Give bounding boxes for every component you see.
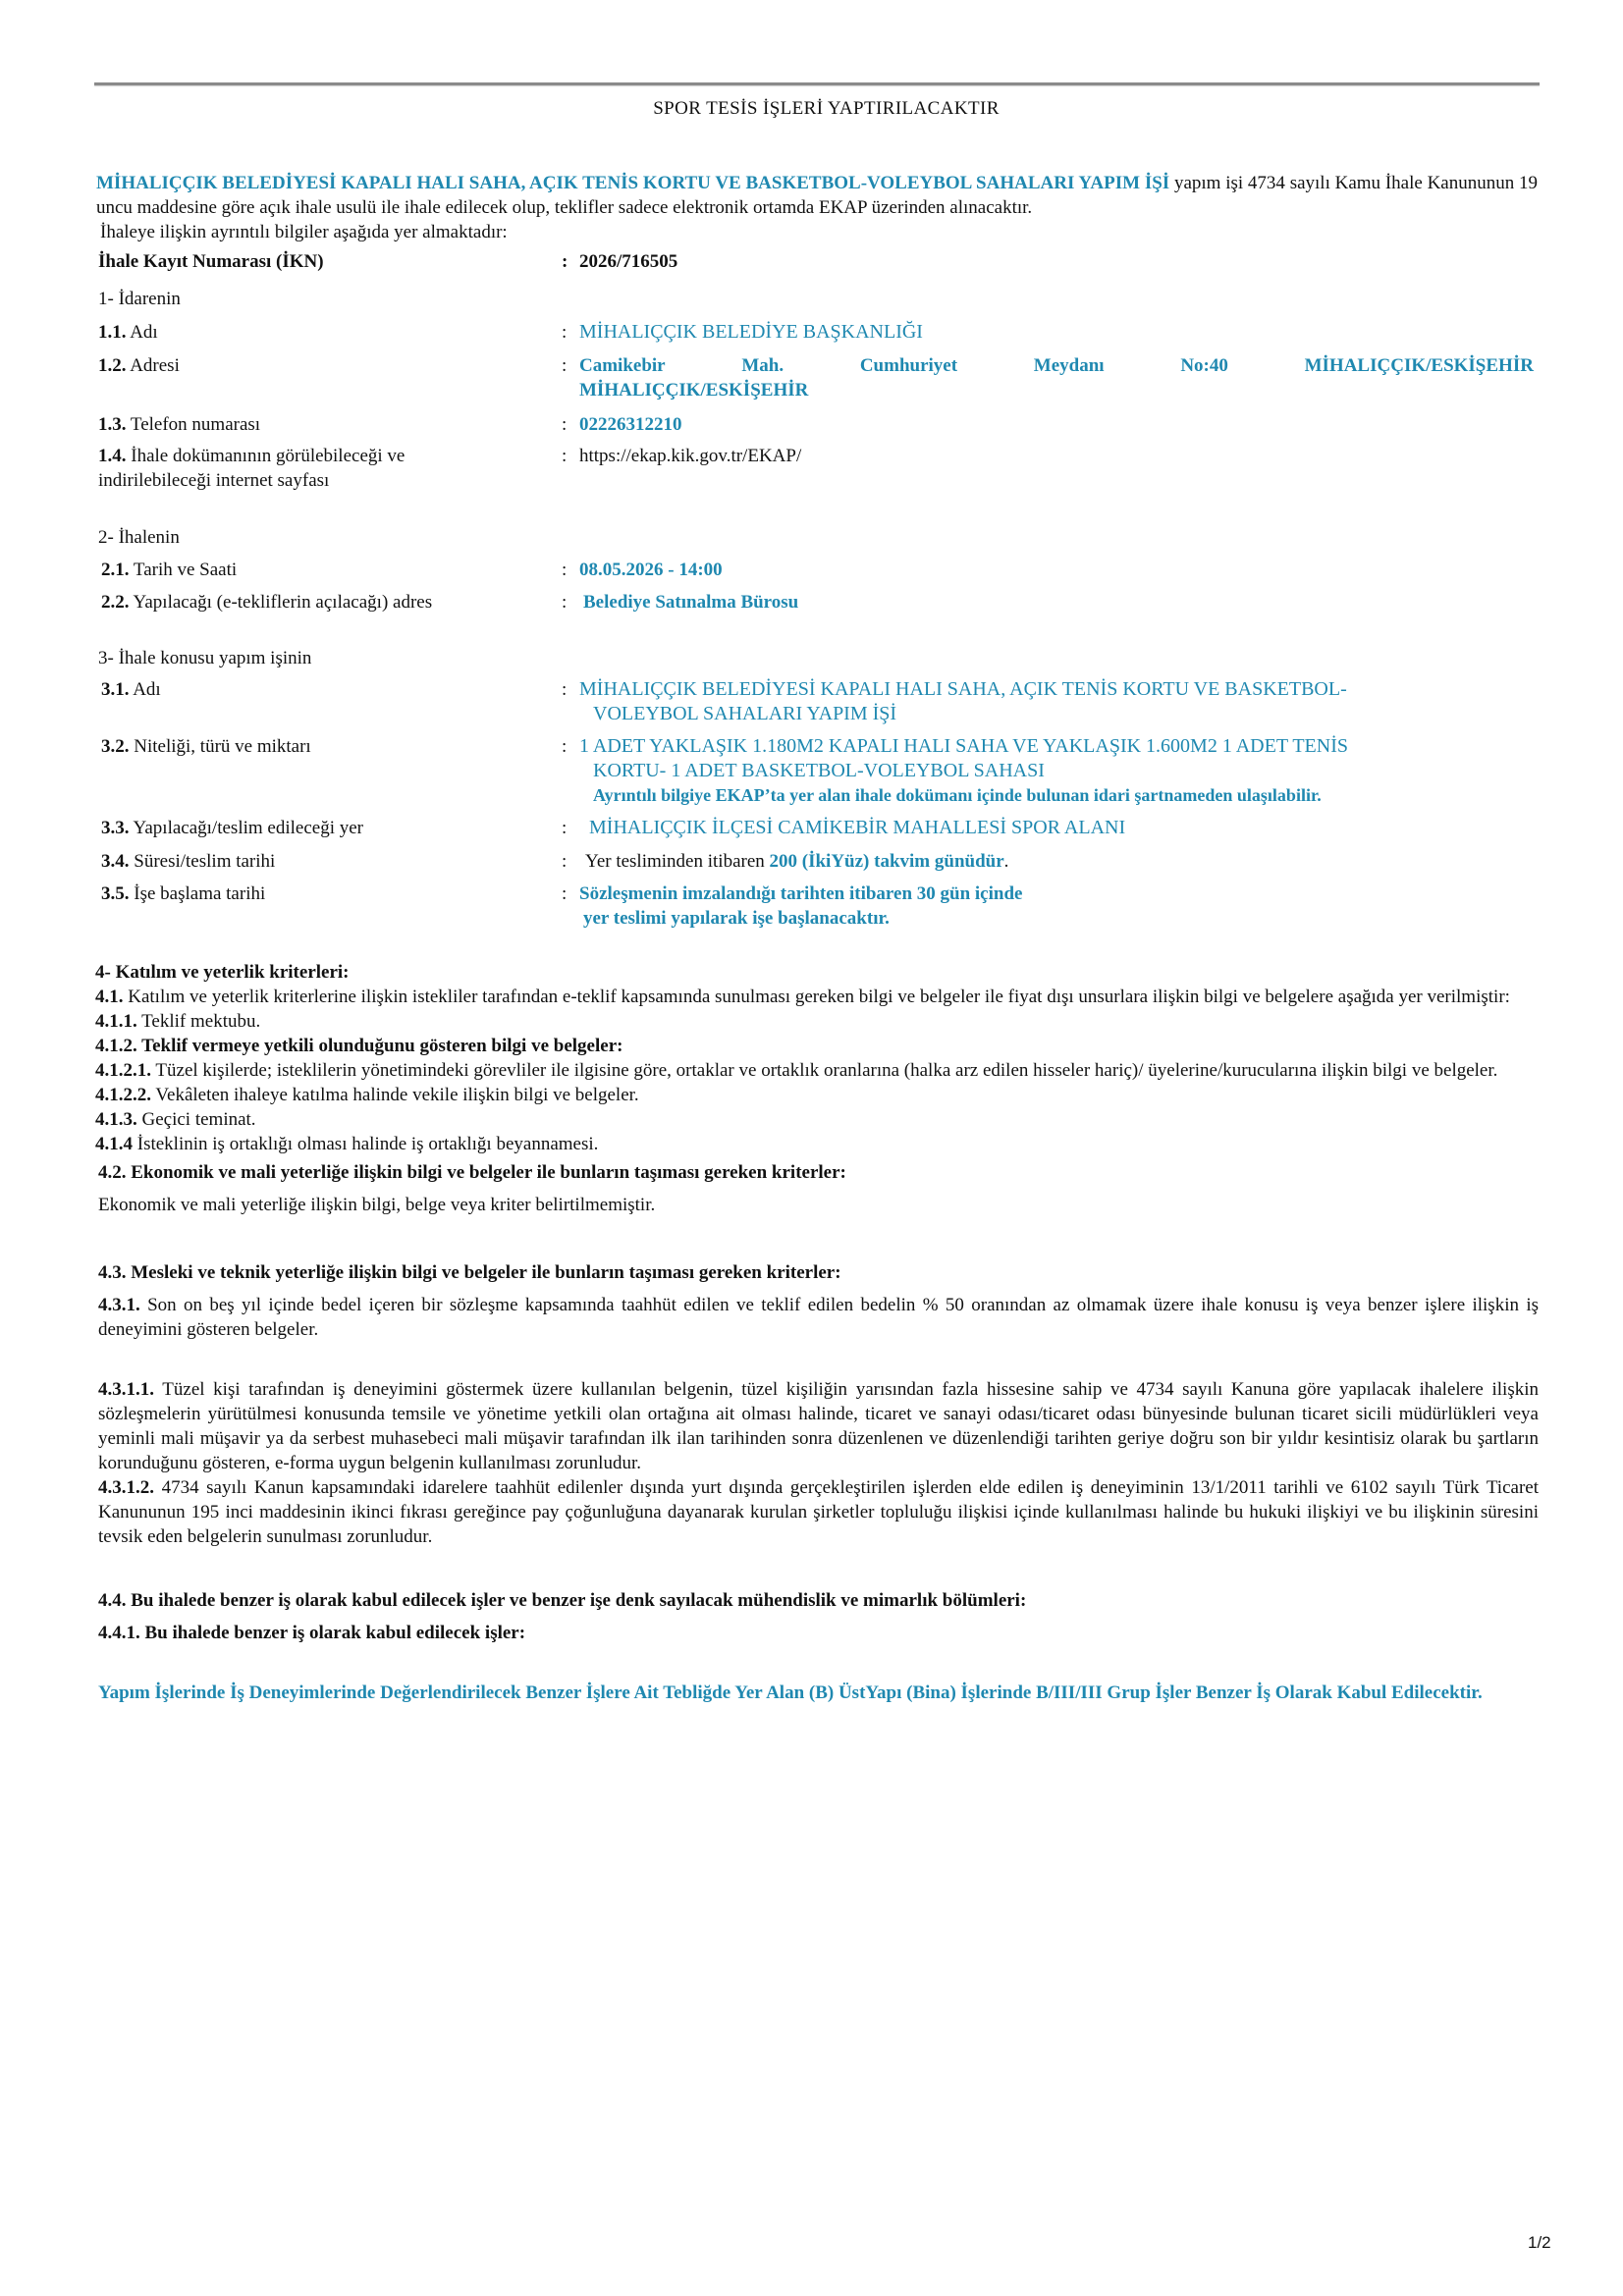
duration-suffix: .	[1004, 851, 1009, 872]
item-number: 2.2.	[101, 592, 130, 613]
document-title: SPOR TESİS İŞLERİ YAPTIRILACAKTIR	[0, 98, 1623, 120]
work-name-line1: MİHALIÇÇIK BELEDİYESİ KAPALI HALI SAHA, …	[579, 677, 1534, 702]
address-line2: MİHALIÇÇIK/ESKİŞEHİR	[579, 378, 1534, 402]
para-4-3-1-2: 4.3.1.2. 4734 sayılı Kanun kapsamındaki …	[95, 1475, 1539, 1549]
item-number: 3.2.	[101, 736, 130, 757]
item-label: Tarih ve Saati	[134, 560, 237, 580]
para-4-2-text: Ekonomik ve mali yeterliğe ilişkin bilgi…	[95, 1193, 1539, 1217]
para-text: 4734 sayılı Kanun kapsamındaki idarelere…	[98, 1477, 1539, 1547]
section2-heading: 2- İhalenin	[98, 525, 180, 550]
duration-days: 200 (İkiYüz) takvim günüdür	[770, 851, 1004, 872]
section4-heading: 4- Katılım ve yeterlik kriterleri:	[95, 960, 1539, 985]
para-text: Katılım ve yeterlik kriterlerine ilişkin…	[124, 987, 1510, 1007]
work-quantity-line1: 1 ADET YAKLAŞIK 1.180M2 KAPALI HALI SAHA…	[579, 734, 1534, 759]
similar-works-text: Yapım İşlerinde İş Deneyimlerinde Değerl…	[95, 1681, 1539, 1705]
para-number: 4.1.2.2.	[95, 1085, 151, 1105]
para-4-1-1: 4.1.1. Teklif mektubu.	[95, 1009, 1539, 1034]
colon: :	[562, 249, 568, 274]
para-text: Tüzel kişilerde; isteklilerin yönetimind…	[151, 1060, 1497, 1081]
item-number: 1.1.	[98, 322, 127, 343]
para-number: 4.3.1.	[98, 1295, 140, 1315]
para-text: Vekâleten ihaleye katılma halinde vekile…	[151, 1085, 639, 1105]
address-part: Meydanı	[1034, 353, 1105, 378]
item-number: 1.3.	[98, 414, 127, 435]
tender-address: Belediye Satınalma Bürosu	[583, 590, 1538, 614]
para-4-3-1: 4.3.1. Son on beş yıl içinde bedel içere…	[95, 1293, 1539, 1342]
para-text: Teklif mektubu.	[137, 1011, 261, 1032]
item-label: Adresi	[130, 355, 180, 376]
ikn-label: İhale Kayıt Numarası (İKN)	[98, 249, 550, 274]
page-number: 1/2	[1528, 2233, 1551, 2253]
item-label: Adı	[133, 679, 161, 700]
intro-paragraph: MİHALIÇÇIK BELEDİYESİ KAPALI HALI SAHA, …	[96, 171, 1538, 244]
start-date-line2: yer teslimi yapılarak işe başlanacaktır.	[579, 906, 1534, 931]
para-4-1: 4.1. Katılım ve yeterlik kriterlerine il…	[95, 985, 1539, 1009]
top-horizontal-rule	[94, 82, 1540, 85]
item-label: İhale dokümanının görülebileceği ve	[131, 446, 405, 466]
phone-number: 02226312210	[579, 412, 1534, 437]
item-label: Yapılacağı (e-tekliflerin açılacağı) adr…	[134, 592, 433, 613]
work-name: MİHALIÇÇIK BELEDİYESİ KAPALI HALI SAHA, …	[579, 677, 1534, 726]
section4-block: 4- Katılım ve yeterlik kriterleri: 4.1. …	[95, 960, 1539, 1705]
administration-address: Camikebir Mah. Cumhuriyet Meydanı No:40 …	[579, 353, 1534, 402]
ikn-value: 2026/716505	[579, 249, 1534, 274]
address-part: No:40	[1180, 353, 1228, 378]
para-number: 4.1.1.	[95, 1011, 137, 1032]
para-text: İsteklinin iş ortaklığı olması halinde i…	[133, 1134, 598, 1154]
ekap-link[interactable]: https://ekap.kik.gov.tr/EKAP/	[579, 444, 1534, 468]
duration: Yer tesliminden itibaren 200 (İkiYüz) ta…	[585, 849, 1540, 874]
tender-date: 08.05.2026 - 14:00	[579, 558, 1534, 582]
para-4-1-3: 4.1.3. Geçici teminat.	[95, 1107, 1539, 1132]
para-4-3-heading: 4.3. Mesleki ve teknik yeterliğe ilişkin…	[95, 1260, 1539, 1285]
para-text: Son on beş yıl içinde bedel içeren bir s…	[98, 1295, 1539, 1340]
work-quantity-note: Ayrıntılı bilgiye EKAP’ta yer alan ihale…	[579, 783, 1534, 808]
para-text: Geçici teminat.	[137, 1109, 256, 1130]
item-label: Adı	[130, 322, 158, 343]
para-number: 4.3.1.2.	[98, 1477, 154, 1498]
para-number: 4.1.	[95, 987, 124, 1007]
para-number: 4.1.2.1.	[95, 1060, 151, 1081]
item-label: Süresi/teslim tarihi	[134, 851, 275, 872]
para-4-4-heading: 4.4. Bu ihalede benzer iş olarak kabul e…	[95, 1588, 1539, 1613]
start-date: Sözleşmenin imzalandığı tarihten itibare…	[579, 881, 1534, 931]
item-number: 3.1.	[101, 679, 130, 700]
para-4-2-heading: 4.2. Ekonomik ve mali yeterliğe ilişkin …	[95, 1160, 1539, 1185]
section3-heading: 3- İhale konusu yapım işinin	[98, 646, 311, 670]
para-4-1-4: 4.1.4 İsteklinin iş ortaklığı olması hal…	[95, 1132, 1539, 1156]
item-number: 1.4.	[98, 446, 127, 466]
para-number: 4.3.1.1.	[98, 1379, 154, 1400]
para-4-1-2: 4.1.2. Teklif vermeye yetkili olunduğunu…	[95, 1034, 1539, 1058]
para-4-4-1-heading: 4.4.1. Bu ihalede benzer iş olarak kabul…	[95, 1621, 1539, 1645]
address-part: Mah.	[741, 353, 784, 378]
work-quantity: 1 ADET YAKLAŞIK 1.180M2 KAPALI HALI SAHA…	[579, 734, 1534, 808]
work-name-line2: VOLEYBOL SAHALARI YAPIM İŞİ	[579, 702, 1534, 726]
item-number: 1.2.	[98, 355, 127, 376]
section1-heading: 1- İdarenin	[98, 287, 181, 311]
para-4-1-2-1: 4.1.2.1. Tüzel kişilerde; isteklilerin y…	[95, 1058, 1539, 1083]
item-label: Telefon numarası	[131, 414, 260, 435]
duration-prefix: Yer tesliminden itibaren	[585, 851, 770, 872]
address-part: Camikebir	[579, 353, 666, 378]
address-part: MİHALIÇÇIK/ESKİŞEHİR	[1305, 353, 1534, 378]
administration-name: MİHALIÇÇIK BELEDİYE BAŞKANLIĞI	[579, 320, 1534, 345]
item-label-line2: indirilebileceği internet sayfası	[98, 470, 329, 491]
para-number: 4.1.4	[95, 1134, 133, 1154]
item-label: İşe başlama tarihi	[134, 883, 265, 904]
para-text: Tüzel kişi tarafından iş deneyimini göst…	[98, 1379, 1539, 1473]
item-number: 3.5.	[101, 883, 130, 904]
start-date-line1: Sözleşmenin imzalandığı tarihten itibare…	[579, 881, 1534, 906]
work-quantity-line2: KORTU- 1 ADET BASKETBOL-VOLEYBOL SAHASI	[579, 759, 1534, 783]
intro-details-line: İhaleye ilişkin ayrıntılı bilgiler aşağı…	[96, 222, 508, 242]
delivery-place: MİHALIÇÇIK İLÇESİ CAMİKEBİR MAHALLESİ SP…	[589, 816, 1543, 840]
para-number: 4.1.3.	[95, 1109, 137, 1130]
address-part: Cumhuriyet	[860, 353, 957, 378]
para-4-1-2-2: 4.1.2.2. Vekâleten ihaleye katılma halin…	[95, 1083, 1539, 1107]
item-label: Yapılacağı/teslim edileceği yer	[134, 818, 363, 838]
project-name: MİHALIÇÇIK BELEDİYESİ KAPALI HALI SAHA, …	[96, 173, 1169, 193]
para-4-3-1-1: 4.3.1.1. Tüzel kişi tarafından iş deneyi…	[95, 1377, 1539, 1475]
item-number: 3.3.	[101, 818, 130, 838]
item-label: Niteliği, türü ve miktarı	[134, 736, 310, 757]
item-number: 3.4.	[101, 851, 130, 872]
item-number: 2.1.	[101, 560, 130, 580]
